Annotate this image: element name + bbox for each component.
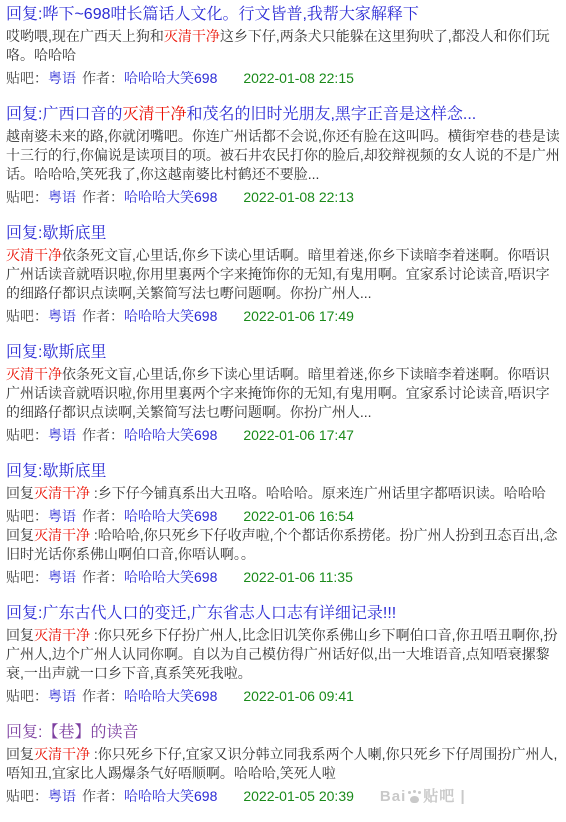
tieba-search-results-page: { "colors":{ "link_blue":"#2b2bd5", "vis… (0, 0, 566, 806)
highlight-keyword: 灭清干净 (6, 366, 62, 382)
title-text: 回复:歇斯底里 (6, 225, 106, 242)
post-snippet: 灭清干净依条死文盲,心里话,你乡下读心里话啊。暗里着迷,你乡下读暗李着迷啊。你唔… (6, 246, 560, 303)
forum-link[interactable]: 粤语 (48, 70, 76, 86)
highlight-keyword: 灭清干净 (34, 485, 90, 501)
snippet-text: 回复 (6, 627, 34, 643)
author-label: 作者： (82, 427, 124, 443)
snippet-text: :乡下仔今铺真系出大丑咯。哈哈哈。原来连广州话里字都唔识读。哈哈哈 (90, 485, 546, 501)
search-result-post: 回复:歇斯底里 回复灭清干净 :乡下仔今铺真系出大丑咯。哈哈哈。原来连广州话里字… (6, 461, 560, 587)
post-meta: 贴吧：粤语作者：哈哈哈大笑6982022-01-08 22:13 (6, 188, 560, 207)
search-result-post: 回复:歇斯底里 灭清干净依条死文盲,心里话,你乡下读心里话啊。暗里着迷,你乡下读… (6, 223, 560, 326)
forum-link[interactable]: 粤语 (48, 688, 76, 704)
post-snippet: 回复灭清干净 :你只死乡下仔扮广州人,比念旧讥笑你系佛山乡下啊伯口音,你丑唔丑啊… (6, 626, 560, 683)
snippet-text: 回复 (6, 485, 34, 501)
author-link[interactable]: 哈哈哈大笑698 (124, 70, 217, 86)
snippet-text: 依条死文盲,心里话,你乡下读心里话啊。暗里着迷,你乡下读暗李着迷啊。你唔识广州话… (6, 366, 550, 420)
post-snippet: 回复灭清干净 :乡下仔今铺真系出大丑咯。哈哈哈。原来连广州话里字都唔识读。哈哈哈 (6, 484, 560, 503)
post-title-link[interactable]: 回复:歇斯底里 (6, 342, 560, 363)
author-link[interactable]: 哈哈哈大笑698 (124, 427, 217, 443)
author-link[interactable]: 哈哈哈大笑698 (124, 308, 217, 324)
post-meta: 贴吧：粤语作者：哈哈哈大笑6982022-01-06 16:54 (6, 507, 560, 526)
author-label: 作者： (82, 508, 124, 524)
title-text: 和茂名的旧时光朋友,黑字正音是这样念... (186, 106, 476, 123)
highlight-keyword: 灭清干净 (34, 527, 90, 543)
post-date: 2022-01-05 20:39 (243, 788, 354, 804)
post-date: 2022-01-06 17:49 (243, 308, 354, 324)
post-date: 2022-01-08 22:13 (243, 189, 354, 205)
forum-label: 贴吧： (6, 427, 48, 443)
search-result-post: 回复:【巷】的读音 回复灭清干净 :你只死乡下仔,宜家又识分韩立同我系两个人喇,… (6, 722, 560, 806)
post-date: 2022-01-06 16:54 (243, 508, 354, 524)
author-link[interactable]: 哈哈哈大笑698 (124, 189, 217, 205)
post-snippet: 回复灭清干净 :哈哈哈,你只死乡下仔收声啦,个个都话你系捞佬。扮广州人扮到丑态百… (6, 526, 560, 564)
watermark-separator: | (460, 788, 465, 805)
snippet-text: 依条死文盲,心里话,你乡下读心里话啊。暗里着迷,你乡下读暗李着迷啊。你唔识广州话… (6, 247, 550, 301)
forum-label: 贴吧： (6, 788, 48, 804)
author-label: 作者： (82, 788, 124, 804)
author-link[interactable]: 哈哈哈大笑698 (124, 688, 217, 704)
author-label: 作者： (82, 70, 124, 86)
title-text: 回复:广西口音的 (6, 106, 122, 123)
highlight-keyword: 灭清干净 (34, 746, 90, 762)
title-text: 回复:广东古代人口的变迁,广东省志人口志有详细记录!!! (6, 605, 396, 622)
baidu-tieba-watermark: Bai贴吧 | (380, 788, 466, 805)
post-date: 2022-01-06 09:41 (243, 688, 354, 704)
author-link[interactable]: 哈哈哈大笑698 (124, 788, 217, 804)
post-snippet: 灭清干净依条死文盲,心里话,你乡下读心里话啊。暗里着迷,你乡下读暗李着迷啊。你唔… (6, 365, 560, 422)
post-title-link[interactable]: 回复:哗下~698咁长篇话人文化。行文皆普,我帮大家解释下 (6, 4, 560, 25)
forum-label: 贴吧： (6, 688, 48, 704)
search-result-post: 回复:广东古代人口的变迁,广东省志人口志有详细记录!!! 回复灭清干净 :你只死… (6, 603, 560, 706)
post-meta: 贴吧：粤语作者：哈哈哈大笑6982022-01-06 17:49 (6, 307, 560, 326)
forum-label: 贴吧： (6, 189, 48, 205)
watermark-brand-suffix: 贴吧 (423, 788, 455, 805)
forum-link[interactable]: 粤语 (48, 788, 76, 804)
author-label: 作者： (82, 569, 124, 585)
forum-link[interactable]: 粤语 (48, 189, 76, 205)
post-snippet: 回复灭清干净 :你只死乡下仔,宜家又识分韩立同我系两个人喇,你只死乡下仔周围扮广… (6, 745, 560, 783)
post-meta: 贴吧：粤语作者：哈哈哈大笑6982022-01-08 22:15 (6, 69, 560, 88)
post-title-link[interactable]: 回复:广西口音的灭清干净和茂名的旧时光朋友,黑字正音是这样念... (6, 104, 560, 125)
post-snippet: 越南婆未来的路,你就闭嘴吧。你连广州话都不会说,你还有脸在这叫吗。横街窄巷的巷是… (6, 127, 560, 184)
search-result-post: 回复:哗下~698咁长篇话人文化。行文皆普,我帮大家解释下 哎哟喂,现在广西天上… (6, 4, 560, 88)
post-title-link[interactable]: 回复:【巷】的读音 (6, 722, 560, 743)
title-text: 回复:歇斯底里 (6, 344, 106, 361)
forum-link[interactable]: 粤语 (48, 308, 76, 324)
forum-link[interactable]: 粤语 (48, 427, 76, 443)
post-meta: 贴吧：粤语作者：哈哈哈大笑6982022-01-05 20:39Bai贴吧 | (6, 787, 560, 806)
author-label: 作者： (82, 189, 124, 205)
post-title-link[interactable]: 回复:歇斯底里 (6, 461, 560, 482)
forum-label: 贴吧： (6, 508, 48, 524)
author-label: 作者： (82, 688, 124, 704)
author-label: 作者： (82, 308, 124, 324)
snippet-text: 回复 (6, 527, 34, 543)
title-text: 回复:哗下~698咁长篇话人文化。行文皆普,我帮大家解释下 (6, 6, 419, 23)
post-meta: 贴吧：粤语作者：哈哈哈大笑6982022-01-06 09:41 (6, 687, 560, 706)
forum-link[interactable]: 粤语 (48, 508, 76, 524)
post-title-link[interactable]: 回复:歇斯底里 (6, 223, 560, 244)
post-meta: 贴吧：粤语作者：哈哈哈大笑6982022-01-06 11:35 (6, 568, 560, 587)
post-date: 2022-01-06 11:35 (243, 569, 353, 585)
search-result-post: 回复:歇斯底里 灭清干净依条死文盲,心里话,你乡下读心里话啊。暗里着迷,你乡下读… (6, 342, 560, 445)
forum-label: 贴吧： (6, 308, 48, 324)
author-link[interactable]: 哈哈哈大笑698 (124, 569, 217, 585)
post-date: 2022-01-08 22:15 (243, 70, 354, 86)
highlight-keyword: 灭清干净 (6, 247, 62, 263)
snippet-text: 哎哟喂,现在广西天上狗和 (6, 28, 164, 44)
forum-label: 贴吧： (6, 70, 48, 86)
forum-link[interactable]: 粤语 (48, 569, 76, 585)
highlight-keyword: 灭清干净 (164, 28, 220, 44)
author-link[interactable]: 哈哈哈大笑698 (124, 508, 217, 524)
post-title-link[interactable]: 回复:广东古代人口的变迁,广东省志人口志有详细记录!!! (6, 603, 560, 624)
watermark-brand-prefix: Bai (380, 788, 406, 805)
title-text: 回复:歇斯底里 (6, 463, 106, 480)
title-highlight-keyword: 灭清干净 (122, 106, 186, 123)
post-date: 2022-01-06 17:47 (243, 427, 354, 443)
post-snippet: 哎哟喂,现在广西天上狗和灭清干净这乡下仔,两条犬只能躲在这里狗吠了,都没人和你们… (6, 27, 560, 65)
snippet-text: 越南婆未来的路,你就闭嘴吧。你连广州话都不会说,你还有脸在这叫吗。横街窄巷的巷是… (6, 128, 560, 182)
title-text: 回复:【巷】的读音 (6, 724, 138, 741)
search-result-post: 回复:广西口音的灭清干净和茂名的旧时光朋友,黑字正音是这样念... 越南婆未来的… (6, 104, 560, 207)
highlight-keyword: 灭清干净 (34, 627, 90, 643)
post-meta: 贴吧：粤语作者：哈哈哈大笑6982022-01-06 17:47 (6, 426, 560, 445)
baidu-paw-icon (407, 790, 422, 803)
forum-label: 贴吧： (6, 569, 48, 585)
snippet-text: 回复 (6, 746, 34, 762)
